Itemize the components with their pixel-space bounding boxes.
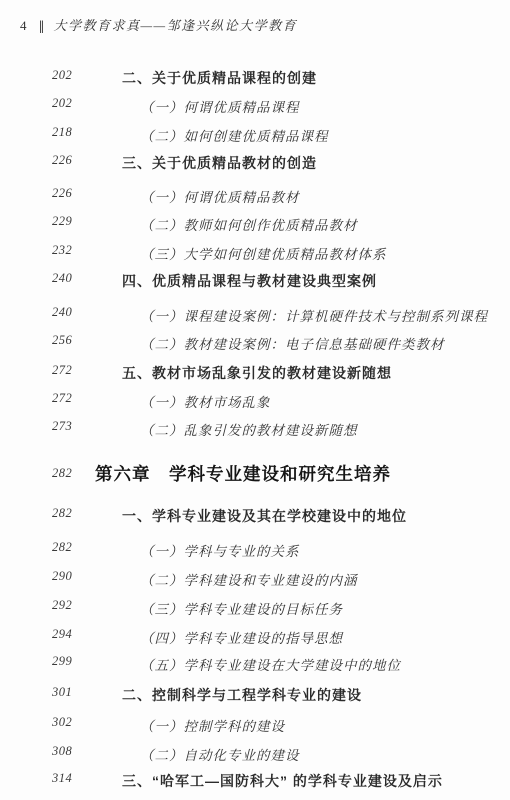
toc-entry-title: （一）课程建设案例：计算机硬件技术与控制系列课程 xyxy=(140,305,488,325)
toc-row: 272 五、教材市场乱象引发的教材建设新随想 xyxy=(0,363,510,383)
running-book-title: 大学教育求真——邹逢兴纵论大学教育 xyxy=(54,15,298,34)
toc-entry-title: （二）乱象引发的教材建设新随想 xyxy=(140,419,358,439)
toc-row: 302 （一）控制学科的建设 xyxy=(0,715,510,735)
toc-page-number: 240 xyxy=(52,271,72,286)
toc-entry-title: 三、关于优质精品教材的创造 xyxy=(122,153,317,173)
toc-row: 282 （一）学科与专业的关系 xyxy=(0,540,510,560)
toc-entry-title: 三、“哈军工—国防科大” 的学科专业建设及启示 xyxy=(122,771,443,791)
toc-entry-title: （一）何谓优质精品课程 xyxy=(140,96,300,116)
toc-row: 202 （一）何谓优质精品课程 xyxy=(0,96,510,116)
toc-page-number: 272 xyxy=(52,363,72,378)
toc-page-number: 290 xyxy=(52,569,72,584)
toc-entry-title: （一）学科与专业的关系 xyxy=(140,540,300,560)
toc-page-number: 232 xyxy=(52,243,72,258)
toc-row: 229 （二）教师如何创作优质精品教材 xyxy=(0,214,510,234)
toc-row: 314 三、“哈军工—国防科大” 的学科专业建设及启示 xyxy=(0,771,510,791)
toc-row: 218 （二）如何创建优质精品课程 xyxy=(0,125,510,145)
toc-page-number: 301 xyxy=(52,685,72,700)
toc-entry-title: （五）学科专业建设在大学建设中的地位 xyxy=(140,654,401,674)
toc-page-number: 202 xyxy=(52,68,72,83)
header-double-bar-separator: ‖ xyxy=(39,19,45,33)
toc-entry-title: 二、控制科学与工程学科专业的建设 xyxy=(122,685,362,705)
toc-row: 240 四、优质精品课程与教材建设典型案例 xyxy=(0,271,510,291)
toc-entry-title: （三）学科专业建设的目标任务 xyxy=(140,598,343,618)
toc-page-number: 302 xyxy=(52,715,72,730)
toc-entry-title: （二）教师如何创作优质精品教材 xyxy=(140,214,358,234)
toc-page-number: 202 xyxy=(52,96,72,111)
chapter-heading-title: 第六章 学科专业建设和研究生培养 xyxy=(95,461,391,486)
toc-row: 282 一、学科专业建设及其在学校建设中的地位 xyxy=(0,506,510,526)
toc-row: 292 （三）学科专业建设的目标任务 xyxy=(0,598,510,618)
toc-page-number: 294 xyxy=(52,627,72,642)
toc-row: 301 二、控制科学与工程学科专业的建设 xyxy=(0,685,510,705)
toc-entry-title: （四）学科专业建设的指导思想 xyxy=(140,627,343,647)
toc-entry-title: 五、教材市场乱象引发的教材建设新随想 xyxy=(122,363,392,383)
toc-entry-title: （二）自动化专业的建设 xyxy=(140,744,300,764)
toc-page-number: 273 xyxy=(52,419,72,434)
toc-row: 299 （五）学科专业建设在大学建设中的地位 xyxy=(0,654,510,674)
toc-row: 256 （二）教材建设案例：电子信息基础硬件类教材 xyxy=(0,333,510,353)
toc-row: 273 （二）乱象引发的教材建设新随想 xyxy=(0,419,510,439)
toc-entry-title: （二）如何创建优质精品课程 xyxy=(140,125,329,145)
toc-row: 290 （二）学科建设和专业建设的内涵 xyxy=(0,569,510,589)
toc-row: 232 （三）大学如何创建优质精品教材体系 xyxy=(0,243,510,263)
toc-page-number: 240 xyxy=(52,305,72,320)
toc-page-number: 282 xyxy=(52,506,72,521)
toc-entry-title: （一）何谓优质精品教材 xyxy=(140,186,300,206)
toc-row: 240 （一）课程建设案例：计算机硬件技术与控制系列课程 xyxy=(0,305,510,325)
toc-page-number: 308 xyxy=(52,744,72,759)
toc-page-number: 226 xyxy=(52,153,72,168)
toc-page-number: 256 xyxy=(52,333,72,348)
chapter-heading-row: 282 第六章 学科专业建设和研究生培养 xyxy=(0,461,510,481)
toc-row: 272 （一）教材市场乱象 xyxy=(0,391,510,411)
toc-page-number: 299 xyxy=(52,654,72,669)
toc-row: 202 二、关于优质精品课程的创建 xyxy=(0,68,510,88)
book-toc-page: 4 ‖ 大学教育求真——邹逢兴纵论大学教育 202 二、关于优质精品课程的创建 … xyxy=(0,0,510,800)
toc-entry-title: （一）控制学科的建设 xyxy=(140,715,285,735)
toc-row: 308 （二）自动化专业的建设 xyxy=(0,744,510,764)
toc-page-number: 229 xyxy=(52,214,72,229)
running-header: 4 ‖ 大学教育求真——邹逢兴纵论大学教育 xyxy=(20,15,297,34)
toc-page-number: 292 xyxy=(52,598,72,613)
toc-entry-title: 四、优质精品课程与教材建设典型案例 xyxy=(122,271,377,291)
folio-page-number: 4 xyxy=(20,18,27,34)
toc-entry-title: 一、学科专业建设及其在学校建设中的地位 xyxy=(122,506,407,526)
toc-entry-title: 二、关于优质精品课程的创建 xyxy=(122,68,317,88)
toc-entry-title: （三）大学如何创建优质精品教材体系 xyxy=(140,243,387,263)
toc-page-number: 218 xyxy=(52,125,72,140)
toc-entry-title: （二）教材建设案例：电子信息基础硬件类教材 xyxy=(140,333,445,353)
toc-row: 294 （四）学科专业建设的指导思想 xyxy=(0,627,510,647)
toc-page-number: 282 xyxy=(52,540,72,555)
toc-row: 226 三、关于优质精品教材的创造 xyxy=(0,153,510,173)
toc-entry-title: （二）学科建设和专业建设的内涵 xyxy=(140,569,358,589)
toc-row: 226 （一）何谓优质精品教材 xyxy=(0,186,510,206)
toc-page-number: 272 xyxy=(52,391,72,406)
toc-page-number: 282 xyxy=(52,466,72,481)
toc-entry-title: （一）教材市场乱象 xyxy=(140,391,271,411)
toc-page-number: 226 xyxy=(52,186,72,201)
toc-page-number: 314 xyxy=(52,771,72,786)
